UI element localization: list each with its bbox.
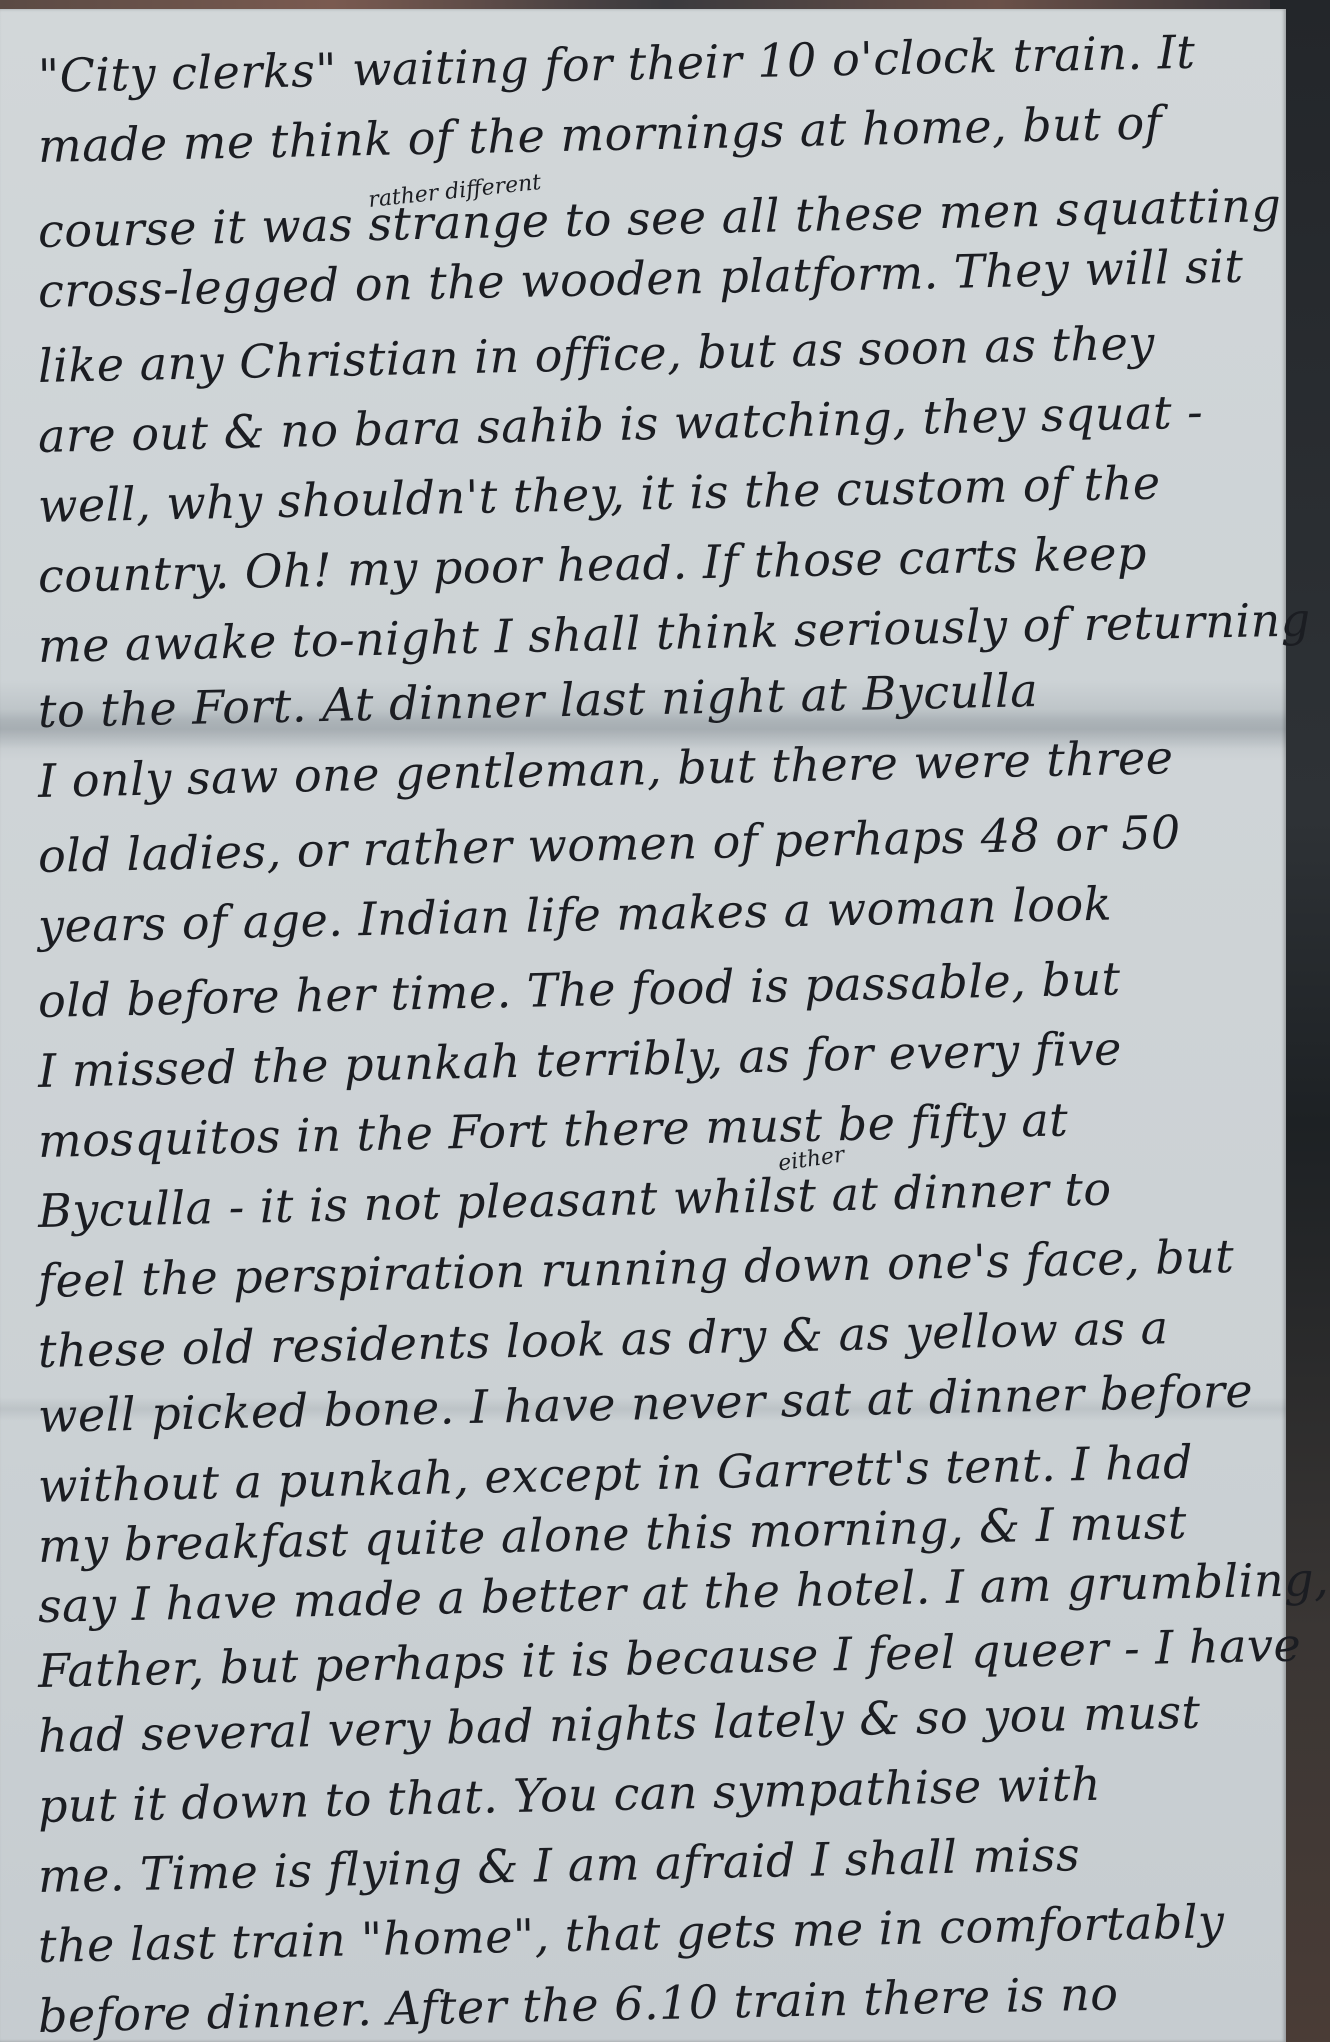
letter-line: well picked bone. I have never sat at di… xyxy=(37,1364,1253,1443)
letter-line: me. Time is flying & I am afraid I shall… xyxy=(37,1827,1080,1903)
letter-line: me awake to-night I shall think seriousl… xyxy=(37,592,1311,673)
letter-line: "City clerks" waiting for their 10 o'clo… xyxy=(37,25,1195,103)
letter-line: old before her time. The food is passabl… xyxy=(37,951,1121,1028)
letter-line: years of age. Indian life makes a woman … xyxy=(37,877,1112,953)
letter-line: before dinner. After the 6.10 train ther… xyxy=(37,1966,1118,2042)
letter-line: made me think of the mornings at home, b… xyxy=(37,95,1162,173)
letter-line: well, why shouldn't they, it is the cust… xyxy=(37,455,1161,533)
letter-line: the last train "home", that gets me in c… xyxy=(37,1894,1225,1973)
letter-line: like any Christian in office, but as soo… xyxy=(37,316,1155,393)
letter-line: feel the perspiration running down one's… xyxy=(37,1229,1234,1308)
letter-paper: "City clerks" waiting for their 10 o'clo… xyxy=(0,9,1286,2042)
letter-line: had several very bad nights lately & so … xyxy=(37,1685,1201,1763)
letter-line: put it down to that. You can sympathise … xyxy=(37,1757,1101,1833)
letter-line: Byculla - it is not pleasant whilst at d… xyxy=(37,1162,1112,1238)
letter-line: old ladies, or rather women of perhaps 4… xyxy=(37,805,1181,883)
letter-line: are out & no bara sahib is watching, the… xyxy=(37,385,1203,463)
letter-line: country. Oh! my poor head. If those cart… xyxy=(37,526,1147,603)
letter-line: these old residents look as dry & as yel… xyxy=(37,1300,1169,1378)
letter-line: I missed the punkah terribly, as for eve… xyxy=(37,1021,1122,1098)
letter-line: mosquitos in the Fort there must be fift… xyxy=(37,1092,1068,1168)
